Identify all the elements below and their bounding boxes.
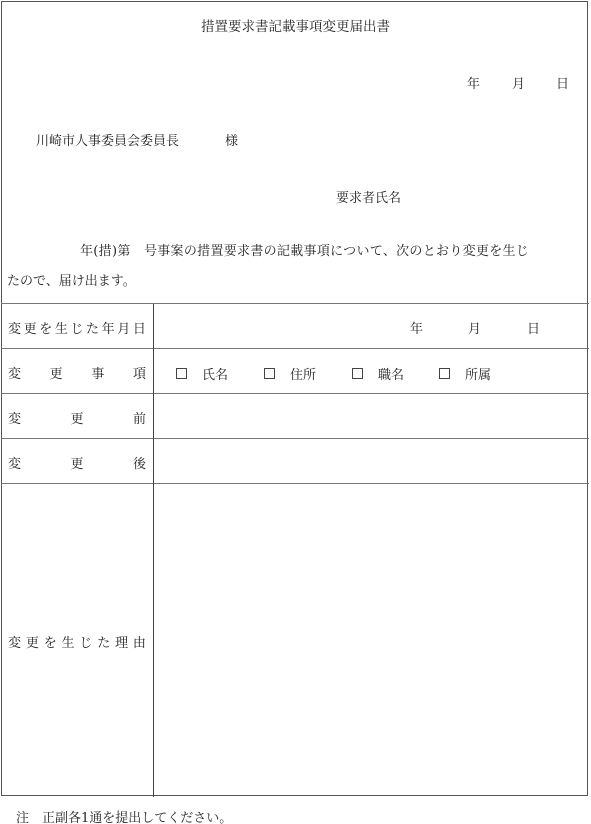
label-char: 変 — [8, 632, 21, 651]
checkbox-empty-icon[interactable] — [176, 368, 187, 379]
label-char: 変 — [8, 453, 21, 472]
date-day-label: 日 — [556, 73, 569, 92]
label-char: た — [86, 318, 99, 337]
label-char: 月 — [117, 318, 130, 337]
label-change-reason: 変 更 を 生 じ た 理 由 — [8, 632, 146, 651]
label-char: を — [39, 318, 52, 337]
body-text-line-2: たので、届け出ます。 — [7, 270, 136, 289]
before-change-field[interactable] — [154, 394, 588, 438]
checkbox-empty-icon[interactable] — [439, 368, 450, 379]
footnote: 注 正副各1通を提出してください。 — [16, 807, 232, 824]
label-char: 年 — [102, 318, 115, 337]
label-change-items: 変 更 事 項 — [8, 363, 146, 382]
label-char: 更 — [70, 453, 83, 472]
label-char: 変 — [8, 318, 21, 337]
change-date-day: 日 — [527, 318, 540, 337]
checkbox-empty-icon[interactable] — [352, 368, 363, 379]
label-char: 更 — [26, 632, 39, 651]
checkbox-empty-icon[interactable] — [264, 368, 275, 379]
checkbox-label: 住所 — [290, 364, 316, 383]
checkbox-label: 氏名 — [202, 364, 228, 383]
label-char: 更 — [70, 408, 83, 427]
date-year-label: 年 — [467, 73, 480, 92]
label-char: 項 — [133, 363, 146, 382]
label-char: を — [44, 632, 57, 651]
label-char: 後 — [133, 453, 146, 472]
label-char: た — [97, 632, 110, 651]
label-char: 変 — [8, 408, 21, 427]
label-char: 由 — [133, 632, 146, 651]
label-char: 日 — [133, 318, 146, 337]
label-char: じ — [70, 318, 83, 337]
label-char: 理 — [115, 632, 128, 651]
label-change-date: 変 更 を 生 じ た 年 月 日 — [8, 318, 146, 337]
label-char: 前 — [133, 408, 146, 427]
requester-name-label: 要求者氏名 — [336, 187, 401, 206]
change-reason-field[interactable] — [154, 484, 588, 796]
label-char: 生 — [62, 632, 75, 651]
label-char: 変 — [8, 363, 21, 382]
change-date-year: 年 — [410, 318, 423, 337]
body-text-line-1: 年(措)第 号事案の措置要求書の記載事項について、次のとおり変更を生じ — [80, 240, 529, 259]
label-char: 生 — [55, 318, 68, 337]
row-divider — [1, 348, 589, 349]
label-char: 更 — [50, 363, 63, 382]
after-change-field[interactable] — [154, 439, 588, 483]
checkbox-address[interactable]: 住所 — [264, 364, 316, 383]
checkbox-label: 職名 — [378, 364, 404, 383]
checkbox-job-title[interactable]: 職名 — [352, 364, 404, 383]
checkbox-affiliation[interactable]: 所属 — [439, 364, 491, 383]
label-char: 更 — [24, 318, 37, 337]
label-before-change: 変 更 前 — [8, 408, 146, 427]
label-after-change: 変 更 後 — [8, 453, 146, 472]
checkbox-name[interactable]: 氏名 — [176, 364, 228, 383]
label-char: 事 — [91, 363, 104, 382]
change-date-field[interactable] — [154, 304, 588, 348]
change-date-month: 月 — [468, 318, 481, 337]
date-month-label: 月 — [512, 73, 525, 92]
document-title: 措置要求書記載事項変更届出書 — [0, 15, 591, 35]
addressee: 川崎市人事委員会委員長 — [36, 130, 179, 149]
label-char: じ — [79, 632, 92, 651]
checkbox-label: 所属 — [465, 364, 491, 383]
honorific: 様 — [225, 130, 238, 149]
